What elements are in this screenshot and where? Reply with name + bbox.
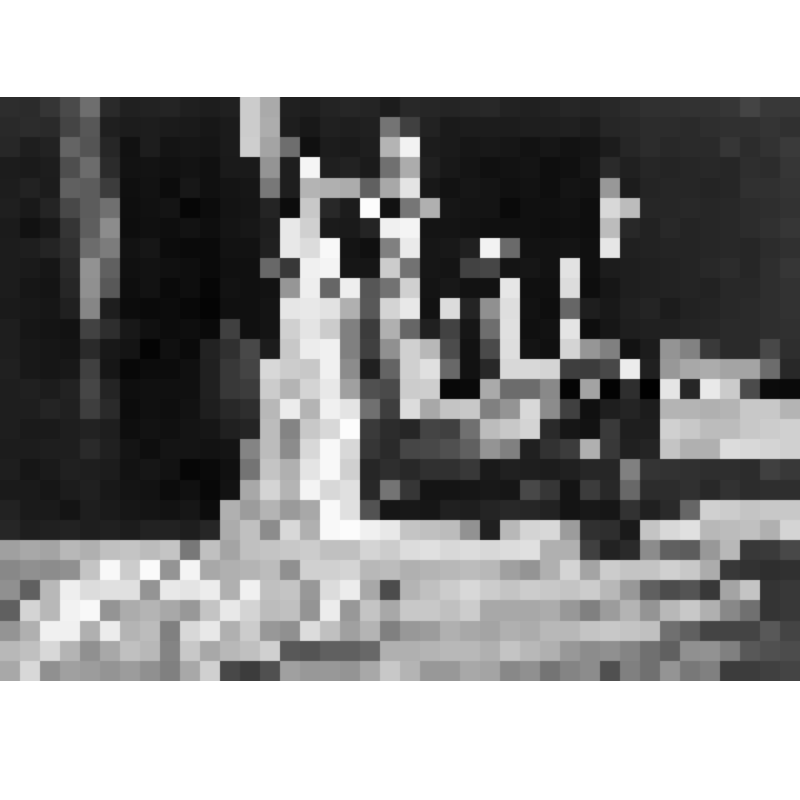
page-background xyxy=(0,0,800,800)
pixelated-photo xyxy=(0,97,800,681)
